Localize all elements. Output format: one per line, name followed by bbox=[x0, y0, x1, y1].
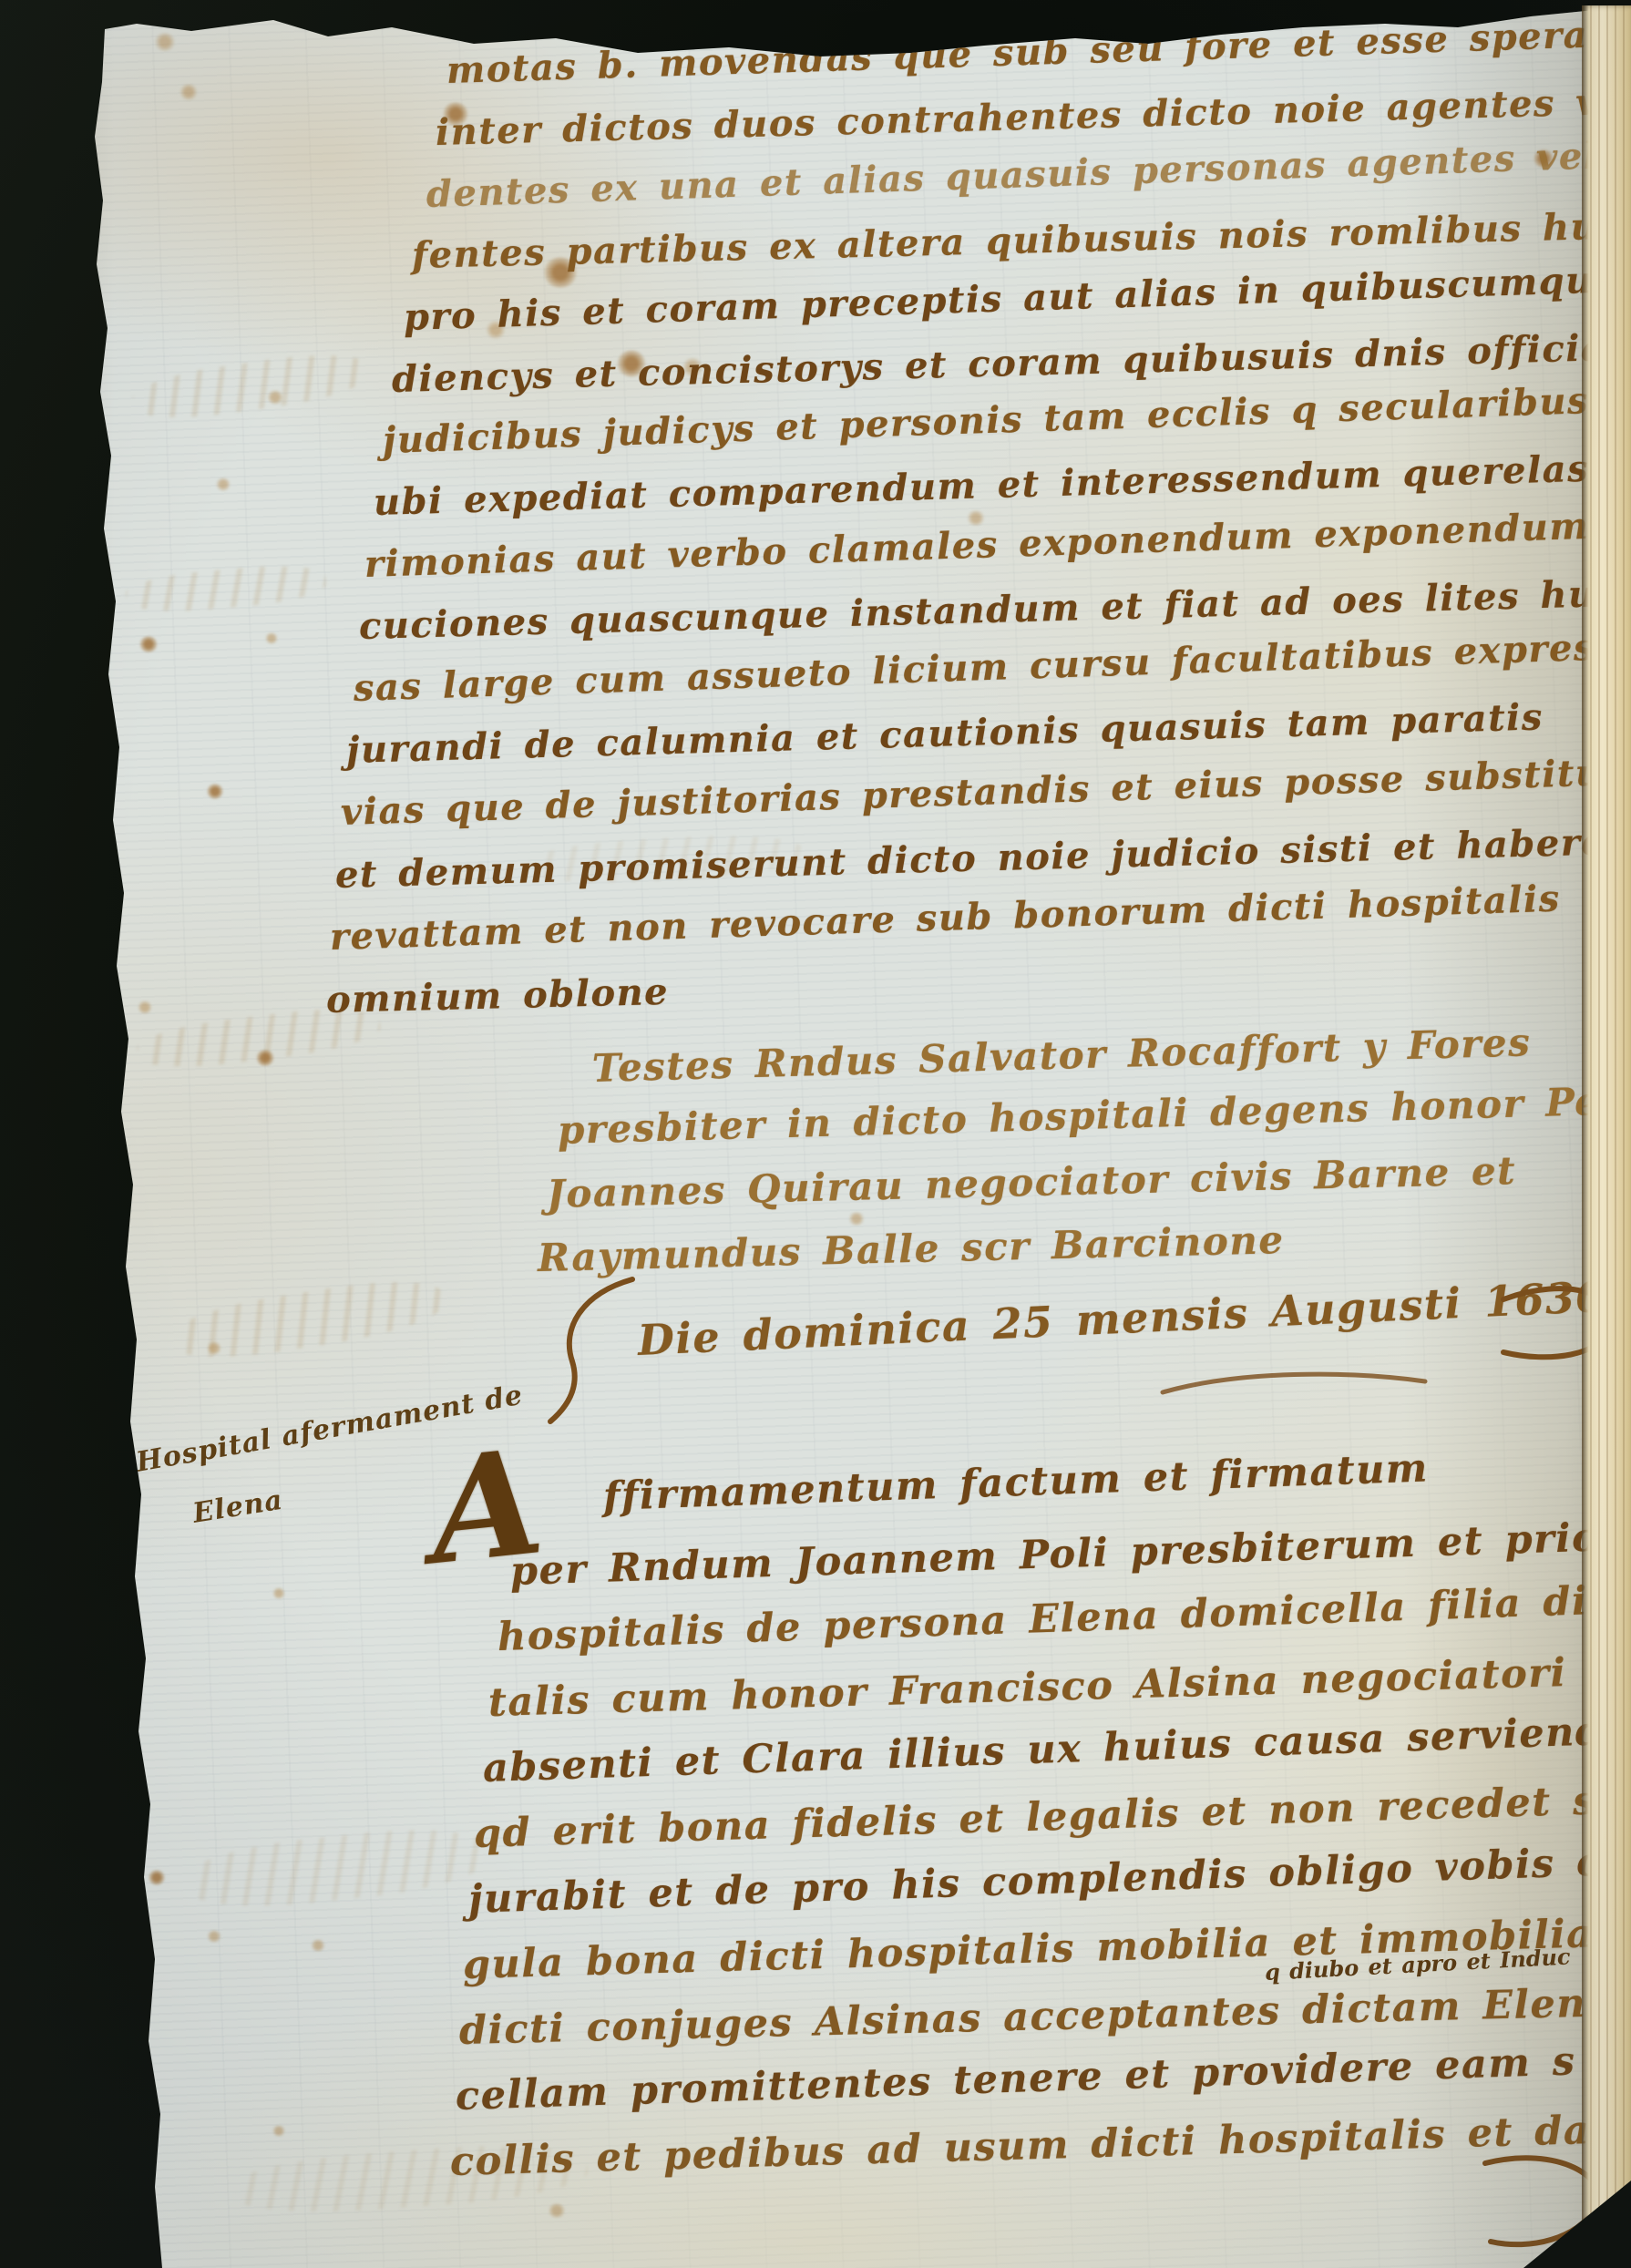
photograph-on-black-backdrop: motas b. movendas que sub seu fore et es… bbox=[0, 0, 1631, 2268]
photo-vignette bbox=[0, 0, 1631, 2268]
